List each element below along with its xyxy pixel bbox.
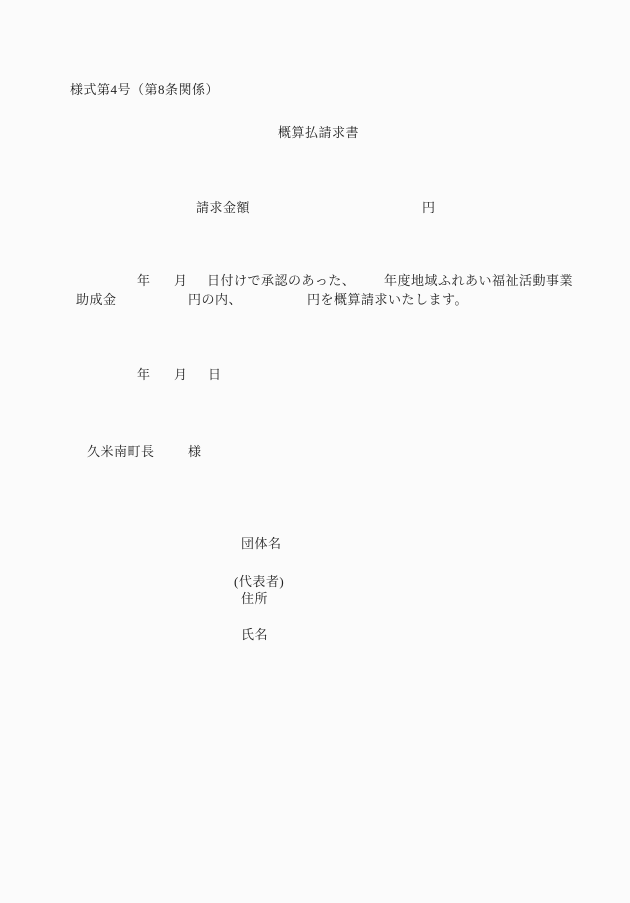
document-page: 様式第4号（第8条関係） 概算払請求書 請求金額 円 年 月 日付けで承認のあっ… xyxy=(0,0,630,903)
body-subsidy-text: 助成金 xyxy=(76,293,117,306)
date-day-label: 日 xyxy=(208,368,222,381)
body-approval-month-label: 月 xyxy=(174,274,188,287)
signature-representative-label: (代表者) xyxy=(234,575,284,588)
addressee-name: 久米南町長 xyxy=(87,445,155,458)
amount-label: 請求金額 xyxy=(196,201,250,214)
body-approved-text: 日付けで承認のあった、 xyxy=(207,274,355,287)
signature-address-label: 住所 xyxy=(241,592,268,605)
body-request-text: 円を概算請求いたします。 xyxy=(307,293,468,306)
body-of-total-text: 円の内、 xyxy=(188,293,242,306)
amount-unit-yen: 円 xyxy=(422,201,436,214)
signature-organization-label: 団体名 xyxy=(241,537,282,550)
document-title: 概算払請求書 xyxy=(278,126,359,139)
addressee-honorific: 様 xyxy=(188,445,202,458)
signature-name-label: 氏名 xyxy=(241,628,268,641)
body-approval-year-label: 年 xyxy=(137,274,151,287)
date-year-label: 年 xyxy=(137,368,151,381)
form-number: 様式第4号（第8条関係） xyxy=(70,83,219,96)
body-program-text: 年度地域ふれあい福祉活動事業 xyxy=(384,274,573,287)
date-month-label: 月 xyxy=(174,368,188,381)
